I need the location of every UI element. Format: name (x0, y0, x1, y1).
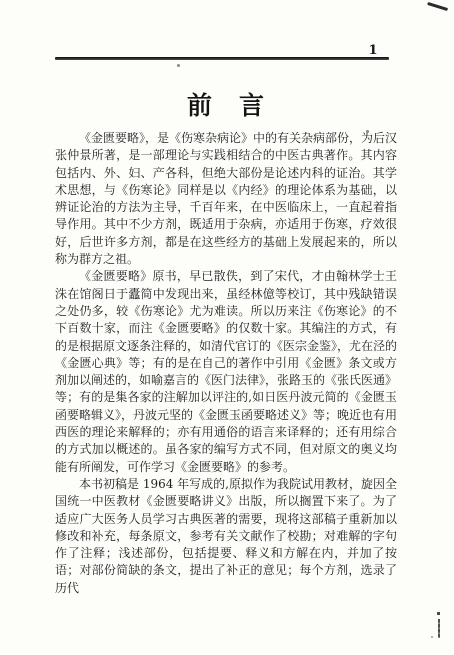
ink-speck (431, 636, 433, 638)
page-title: 前 言 (55, 92, 397, 120)
ink-speck (366, 130, 369, 133)
scan-mark-dot (437, 612, 440, 615)
scan-mark-corner (427, 2, 448, 11)
ink-speck (177, 64, 180, 67)
header-rule (55, 57, 389, 60)
paragraph: 本书初稿是 1964 年写成的,原拟作为我院试用教材，旋因全国统一中医教材《金匮… (55, 476, 397, 597)
paragraph: 《金匮要略》原书，早已散佚，到了宋代，才由翰林学士王洙在馆阁日于蠹简中发现出来，… (55, 268, 397, 476)
scan-mark-stem (438, 619, 440, 638)
book-page: 1 前 言 《金匮要略》，是《伤寒杂病论》中的有关杂病部份，为后汉张仲景所著，是… (0, 0, 454, 655)
page-number: 1 (55, 43, 378, 58)
scan-mark-margin (437, 612, 440, 638)
preface-body: 《金匮要略》，是《伤寒杂病论》中的有关杂病部份，为后汉张仲景所著，是一部理论与实… (55, 130, 397, 597)
paragraph: 《金匮要略》，是《伤寒杂病论》中的有关杂病部份，为后汉张仲景所著，是一部理论与实… (55, 130, 397, 268)
